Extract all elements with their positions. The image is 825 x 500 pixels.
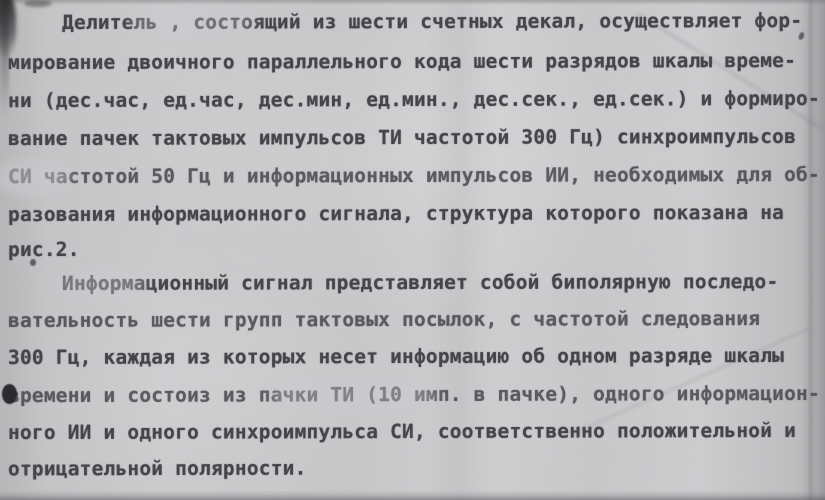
text-line: вание пачек тактовых импульсов ТИ частот… [8,125,796,151]
scan-bottom-edge-shadow [0,490,825,500]
text-line: 300 Гц, каждая из которых несет информац… [8,344,784,370]
text-line: вательность шести групп тактовых посылок… [8,307,760,333]
text-line: ного ИИ и одного синхроимпульса СИ, соот… [8,419,796,445]
text-line: разования информационного сигнала, струк… [8,201,784,227]
text-line: рис.2. [8,238,80,262]
scan-top-smudge [24,0,52,7]
text-line: Информационный сигнал представляет собой… [62,270,778,296]
text-line: ни (дес.час, ед.час, дес.мин, ед.мин., д… [8,87,820,113]
scan-corner-stain [0,0,16,58]
text-line: времени и состоиз из пачки ТИ (10 имп. в… [8,382,820,408]
paper-crease-line [809,0,812,500]
text-line: мирование двоичного параллельного кода ш… [8,49,796,75]
paper-right-crease [801,0,825,500]
scan-top-edge-shadow [0,0,825,5]
scanned-page: Делитель , состоящий из шести счетных де… [0,0,825,500]
text-line: СИ частотой 50 Гц и информационных импул… [8,163,820,189]
text-line: отрицательной полярности. [8,457,307,482]
text-line: Делитель , состоящий из шести счетных де… [62,9,802,35]
